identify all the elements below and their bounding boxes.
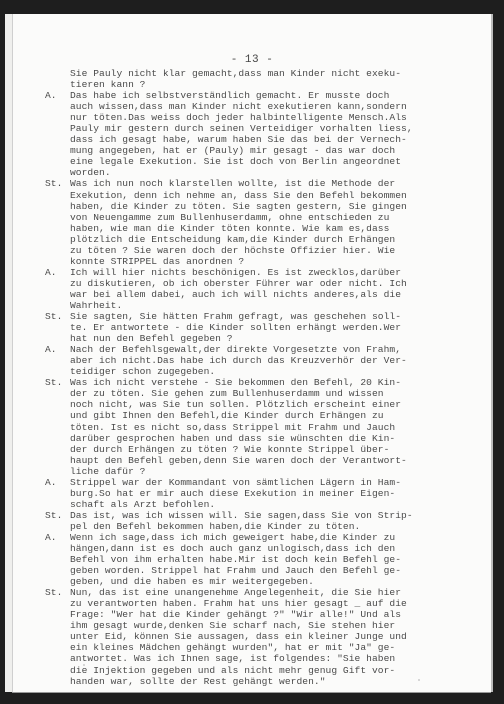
turn-text: Ich will hier nichts beschönigen. Es ist…: [70, 267, 465, 311]
transcript-turn: St.Das ist, was ich wissen will. Sie sag…: [45, 510, 465, 532]
transcript-turn: St.Was ich nun noch klarstellen wollte, …: [45, 178, 465, 266]
text-line: pel den Befehl bekommen haben,die Kinder…: [70, 521, 465, 532]
turn-text: Was ich nun noch klarstellen wollte, ist…: [70, 178, 465, 266]
speaker-label: St.: [45, 311, 70, 344]
text-line: Ich will hier nichts beschönigen. Es ist…: [70, 267, 465, 278]
text-line: schaft als Arzt befohlen.: [70, 499, 465, 510]
text-line: der zu töten. Sie gehen zum Bullenhuserd…: [70, 388, 465, 399]
transcript-turn: St.Nun, das ist eine unangenehme Angeleg…: [45, 587, 465, 686]
transcript-turn: A.Das habe ich selbstverständlich gemach…: [45, 90, 465, 178]
transcript-turn: St.Sie sagten, Sie hätten Frahm gefragt,…: [45, 311, 465, 344]
text-line: darüber gesprochen haben und dass sie wü…: [70, 433, 465, 444]
speaker-label: A.: [45, 267, 70, 311]
speaker-label: St.: [45, 377, 70, 476]
turn-text: Nun, das ist eine unangenehme Angelegenh…: [70, 587, 465, 686]
text-line: worden.: [70, 167, 465, 178]
text-line: noch nicht, was Sie tun sollen. Plötzlic…: [70, 399, 465, 410]
text-line: Das habe ich selbstverständlich gemacht.…: [70, 90, 465, 101]
speaker-label: St.: [45, 510, 70, 532]
text-line: liche dafür ?: [70, 466, 465, 477]
speaker-label: A.: [45, 90, 70, 178]
text-line: tieren kann ?: [70, 79, 465, 90]
text-line: plötzlich die Entscheidung kam,die Kinde…: [70, 234, 465, 245]
speaker-label: St.: [45, 587, 70, 686]
text-line: unter Eid, können Sie aussagen, dass ein…: [70, 631, 465, 642]
turn-text: Was ich nicht verstehe - Sie bekommen de…: [70, 377, 465, 476]
text-line: zu diskutieren, ob ich oberster Führer w…: [70, 278, 465, 289]
turn-text: Das ist, was ich wissen will. Sie sagen,…: [70, 510, 465, 532]
text-line: Sie Pauly nicht klar gemacht,dass man Ki…: [70, 68, 465, 79]
text-line: Was ich nun noch klarstellen wollte, ist…: [70, 178, 465, 189]
turn-text: Strippel war der Kommandant von sämtlich…: [70, 477, 465, 510]
text-line: haupt den Befehl geben,denn Sie waren do…: [70, 455, 465, 466]
text-line: war bei allem dabei, auch ich will nicht…: [70, 289, 465, 300]
text-line: handen war, sollte der Rest gehängt werd…: [70, 676, 465, 687]
transcript-turn: Sie Pauly nicht klar gemacht,dass man Ki…: [45, 68, 465, 90]
text-line: haben, wie man die Kinder töten konnte. …: [70, 223, 465, 234]
text-line: Wenn ich sage,dass ich mich geweigert ha…: [70, 532, 465, 543]
text-line: auch wissen,dass man Kinder nicht exekut…: [70, 101, 465, 112]
text-line: mung angegeben, hat er (Pauly) mir gesag…: [70, 145, 465, 156]
text-line: der durch Erhängen zu töten ? Wie konnte…: [70, 444, 465, 455]
text-line: und gibt Ihnen den Befehl,die Kinder dur…: [70, 410, 465, 421]
turn-text: Sie sagten, Sie hätten Frahm gefragt, wa…: [70, 311, 465, 344]
text-line: Exekution, denn ich nehme an, dass Sie d…: [70, 190, 465, 201]
turn-text: Das habe ich selbstverständlich gemacht.…: [70, 90, 465, 178]
speaker-label: St.: [45, 178, 70, 266]
paper-speck: [83, 664, 85, 666]
text-line: nur töten.Das weiss doch jeder halbintel…: [70, 112, 465, 123]
turn-text: Wenn ich sage,dass ich mich geweigert ha…: [70, 532, 465, 587]
text-line: Wahrheit.: [70, 300, 465, 311]
transcript-turn: A.Strippel war der Kommandant von sämtli…: [45, 477, 465, 510]
text-line: von Neuengamme zum Bullenhuserdamm, ohne…: [70, 212, 465, 223]
text-line: teidiger schon zugegeben.: [70, 366, 465, 377]
text-line: hat nun den Befehl gegeben ?: [70, 333, 465, 344]
text-line: Was ich nicht verstehe - Sie bekommen de…: [70, 377, 465, 388]
text-line: Sie sagten, Sie hätten Frahm gefragt, wa…: [70, 311, 465, 322]
speaker-label: [45, 68, 70, 90]
text-line: geben, und die haben es mir weitergegebe…: [70, 576, 465, 587]
transcript-turn: A.Wenn ich sage,dass ich mich geweigert …: [45, 532, 465, 587]
text-line: Nun, das ist eine unangenehme Angelegenh…: [70, 587, 465, 598]
text-line: haben, die Kinder zu töten. Sie sagten g…: [70, 201, 465, 212]
text-line: töten. Ist es nicht so,dass Strippel mit…: [70, 422, 465, 433]
text-line: Befehl von ihm erhalten habe.Mir ist doc…: [70, 554, 465, 565]
transcript-turn: St.Was ich nicht verstehe - Sie bekommen…: [45, 377, 465, 476]
text-line: hängen,dann ist es doch auch ganz unlogi…: [70, 543, 465, 554]
transcript-body: Sie Pauly nicht klar gemacht,dass man Ki…: [45, 68, 465, 687]
text-line: Pauly mir gestern durch seinen Verteidig…: [70, 123, 465, 134]
text-line: burg.So hat er mir auch diese Exekution …: [70, 488, 465, 499]
text-line: Nach der Befehlsgewalt,der direkte Vorge…: [70, 344, 465, 355]
text-line: ein kleines Mädchen gehängt wurden", hat…: [70, 642, 465, 653]
turn-text: Nach der Befehlsgewalt,der direkte Vorge…: [70, 344, 465, 377]
text-line: antwortet. Was ich Ihnen sage, ist folge…: [70, 653, 465, 664]
text-line: zu töten ? Sie waren doch der höchste Of…: [70, 245, 465, 256]
text-line: Frage: "Wer hat die Kinder gehängt ?" "W…: [70, 609, 465, 620]
text-line: ihm gesagt wurde,denken Sie scharf nach,…: [70, 620, 465, 631]
paper-speck: [418, 679, 420, 681]
text-line: eine legale Exekution. Sie ist doch von …: [70, 156, 465, 167]
page-number: - 13 -: [13, 54, 491, 66]
speaker-label: A.: [45, 344, 70, 377]
speaker-label: A.: [45, 477, 70, 510]
text-line: te. Er antwortete - die Kinder sollten e…: [70, 322, 465, 333]
document-page: - 13 - Sie Pauly nicht klar gemacht,dass…: [12, 14, 491, 692]
transcript-turn: A.Nach der Befehlsgewalt,der direkte Vor…: [45, 344, 465, 377]
transcript-turn: A.Ich will hier nichts beschönigen. Es i…: [45, 267, 465, 311]
turn-text: Sie Pauly nicht klar gemacht,dass man Ki…: [70, 68, 465, 90]
text-line: Das ist, was ich wissen will. Sie sagen,…: [70, 510, 465, 521]
text-line: zu verantworten haben. Frahm hat uns hie…: [70, 598, 465, 609]
text-line: aber ich nicht.Das habe ich durch das Kr…: [70, 355, 465, 366]
text-line: die Injektion gegeben und als nicht mehr…: [70, 665, 465, 676]
text-line: Strippel war der Kommandant von sämtlich…: [70, 477, 465, 488]
page-edge: [5, 14, 12, 692]
text-line: dass ich gesagt habe, warum haben Sie da…: [70, 134, 465, 145]
speaker-label: A.: [45, 532, 70, 587]
text-line: konnte STRIPPEL das anordnen ?: [70, 256, 465, 267]
text-line: geben worden. Strippel hat Frahm und Jau…: [70, 565, 465, 576]
